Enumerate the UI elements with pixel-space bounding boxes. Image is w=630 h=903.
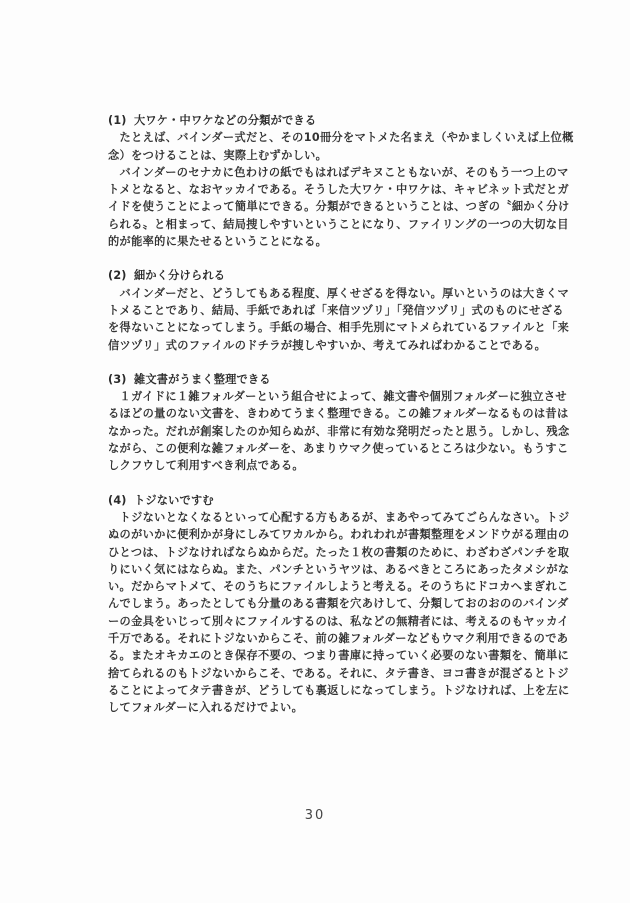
section-title: 細かく分けられる <box>134 269 225 282</box>
text-line: ーの金具をいじって別々にファイルするのは、私などの無精者には、考えるのもヤッカイ <box>108 613 542 630</box>
text-line: してフォルダーに入れるだけでよい。 <box>108 699 542 716</box>
section-number: (4) <box>108 492 134 509</box>
section-number: (3) <box>108 371 134 388</box>
section-4: (4)トジないですむ トジないとなくなるといって心配する方もあるが、まあやってみ… <box>108 492 542 717</box>
text-line: バインダーのセナカに色わけの紙でもはればデキヌこともないが、そのもう一つ上のマ <box>108 164 542 181</box>
text-line: 的が能率的に果たせるということになる。 <box>108 233 542 250</box>
text-line: んでしまう。あったとしても分量のある書類を穴あけして、分類しておのおののバインダ <box>108 595 542 612</box>
page-body: (1)大ワケ・中ワケなどの分類ができる たとえば、バインダー式だと、その10冊分… <box>108 112 542 717</box>
text-line: ることによってタテ書きが、どうしても裏返しになってしまう。トジなければ、上を左に <box>108 682 542 699</box>
section-number: (1) <box>108 112 134 129</box>
section-title: トジないですむ <box>134 494 214 507</box>
text-line: られる〟と相まって、結局捜しやすいということになり、ファイリングの一つの大切な目 <box>108 216 542 233</box>
text-line: ぬのがいかに便利かが身にしみてワカルから。われわれが書類整理をメンドウがる理由の <box>108 526 542 543</box>
section-title: 大ワケ・中ワケなどの分類ができる <box>134 114 316 127</box>
text-line: トメることであり、結局、手紙であれば「来信ツヅリ」「発信ツヅリ」式のものにせざる <box>108 302 542 319</box>
text-line: 千万である。それにトジないからこそ、前の雑フォルダーなどもウマク利用できるのであ <box>108 630 542 647</box>
text-line: しクフウして利用すべき利点である。 <box>108 457 542 474</box>
text-line: トジないとなくなるといって心配する方もあるが、まあやってみてごらんなさい。トジ <box>108 509 542 526</box>
text-line: なかった。だれが創案したのか知らぬが、非常に有効な発明だったと思う。しかし、残念 <box>108 423 542 440</box>
text-line: １ガイドに１雑フォルダーという組合せによって、雑文書や個別フォルダーに独立させ <box>108 388 542 405</box>
text-line: 念）をつけることは、実際上むずかしい。 <box>108 147 542 164</box>
text-line: る。またオキカエのとき保存不要の、つまり書庫に持っていく必要のない書類を、簡単に <box>108 647 542 664</box>
section-3: (3)雑文書がうまく整理できる １ガイドに１雑フォルダーという組合せによって、雑… <box>108 371 542 475</box>
text-line: 捨てられるのもトジないからこそ、である。それに、タテ書き、ヨコ書きが混ざるとトジ <box>108 665 542 682</box>
text-line: たとえば、バインダー式だと、その10冊分をマトメた名まえ（やかましくいえば上位概 <box>108 129 542 146</box>
text-line: りにいく気にはならぬ。また、パンチというヤツは、あるべきところにあったタメシがな <box>108 561 542 578</box>
section-1: (1)大ワケ・中ワケなどの分類ができる たとえば、バインダー式だと、その10冊分… <box>108 112 542 250</box>
text-line: 信ツヅリ」式のファイルのドチラが捜しやすいか、考えてみればわかることである。 <box>108 337 542 354</box>
text-line: い。だからマトメて、そのうちにファイルしようと考える。そのうちにドコカへまぎれこ <box>108 578 542 595</box>
section-heading: (1)大ワケ・中ワケなどの分類ができる <box>108 112 542 129</box>
page-number: 30 <box>0 808 630 823</box>
text-line: るほどの量のない文書を、きわめてうまく整理できる。この雑フォルダーなるものは昔は <box>108 405 542 422</box>
section-2: (2)細かく分けられる バインダーだと、どうしてもある程度、厚くせざるを得ない。… <box>108 267 542 353</box>
text-line: を得ないことになってしまう。手紙の場合、相手先別にマトメられているファイルと「来 <box>108 319 542 336</box>
text-line: ひとつは、トジなければならぬからだ。たった１枚の書類のために、わざわざパンチを取 <box>108 544 542 561</box>
text-line: ながら、この便利な雑フォルダーを、あまりウマク使っているところは少ない。もうすこ <box>108 440 542 457</box>
text-line: バインダーだと、どうしてもある程度、厚くせざるを得ない。厚いというのは大きくマ <box>108 285 542 302</box>
section-heading: (4)トジないですむ <box>108 492 542 509</box>
document-page: (1)大ワケ・中ワケなどの分類ができる たとえば、バインダー式だと、その10冊分… <box>0 0 630 903</box>
text-line: イドを使うことによって簡単にできる。分類ができるということは、つぎの〝細かく分け <box>108 198 542 215</box>
section-number: (2) <box>108 267 134 284</box>
section-title: 雑文書がうまく整理できる <box>134 373 271 386</box>
section-heading: (3)雑文書がうまく整理できる <box>108 371 542 388</box>
section-heading: (2)細かく分けられる <box>108 267 542 284</box>
text-line: トメとなると、なおヤッカイである。そうした大ワケ・中ワケは、キャビネット式だとガ <box>108 181 542 198</box>
